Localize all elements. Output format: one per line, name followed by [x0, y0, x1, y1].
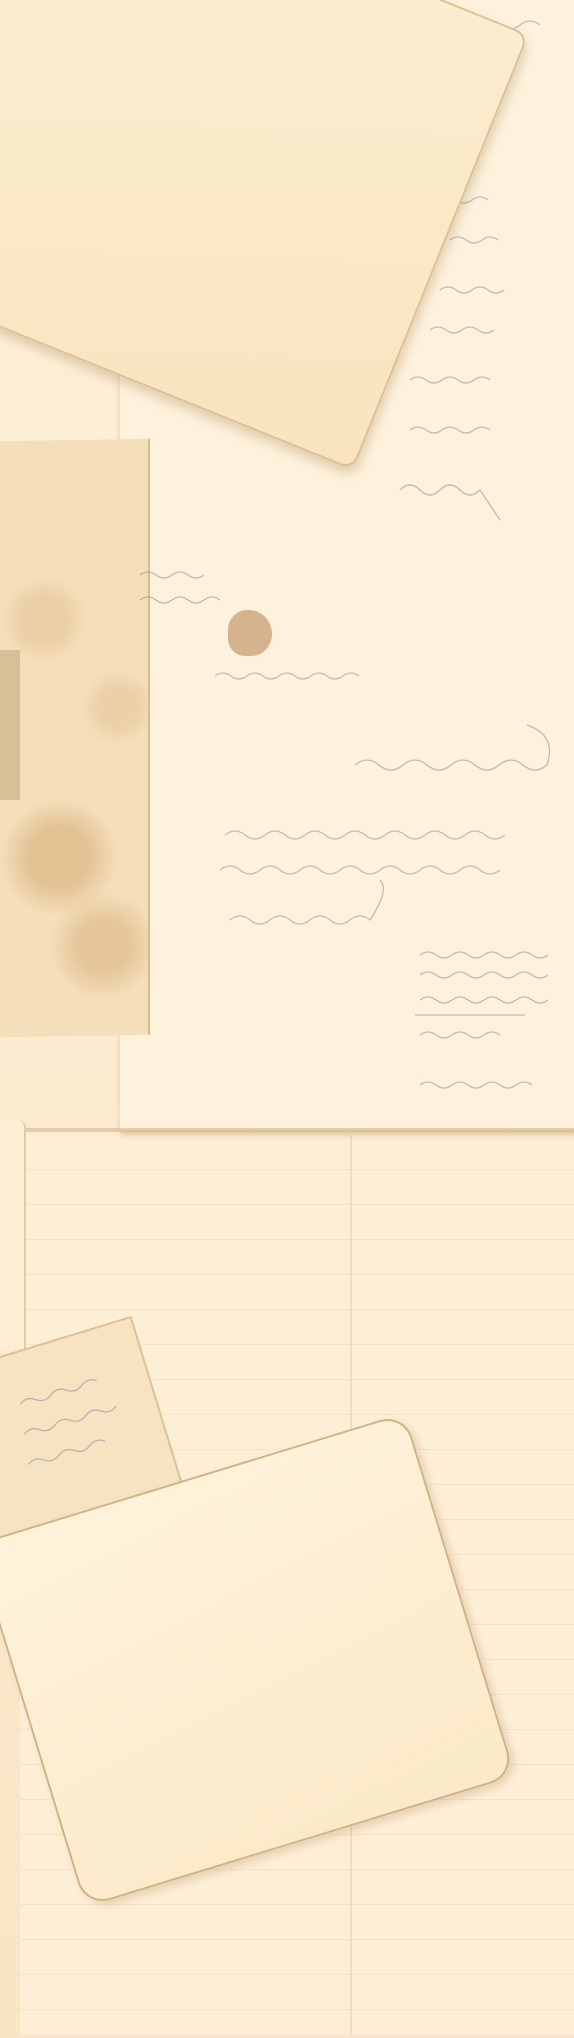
side-paper-strip: [0, 1120, 26, 1350]
vintage-paper-background: [0, 0, 574, 2038]
